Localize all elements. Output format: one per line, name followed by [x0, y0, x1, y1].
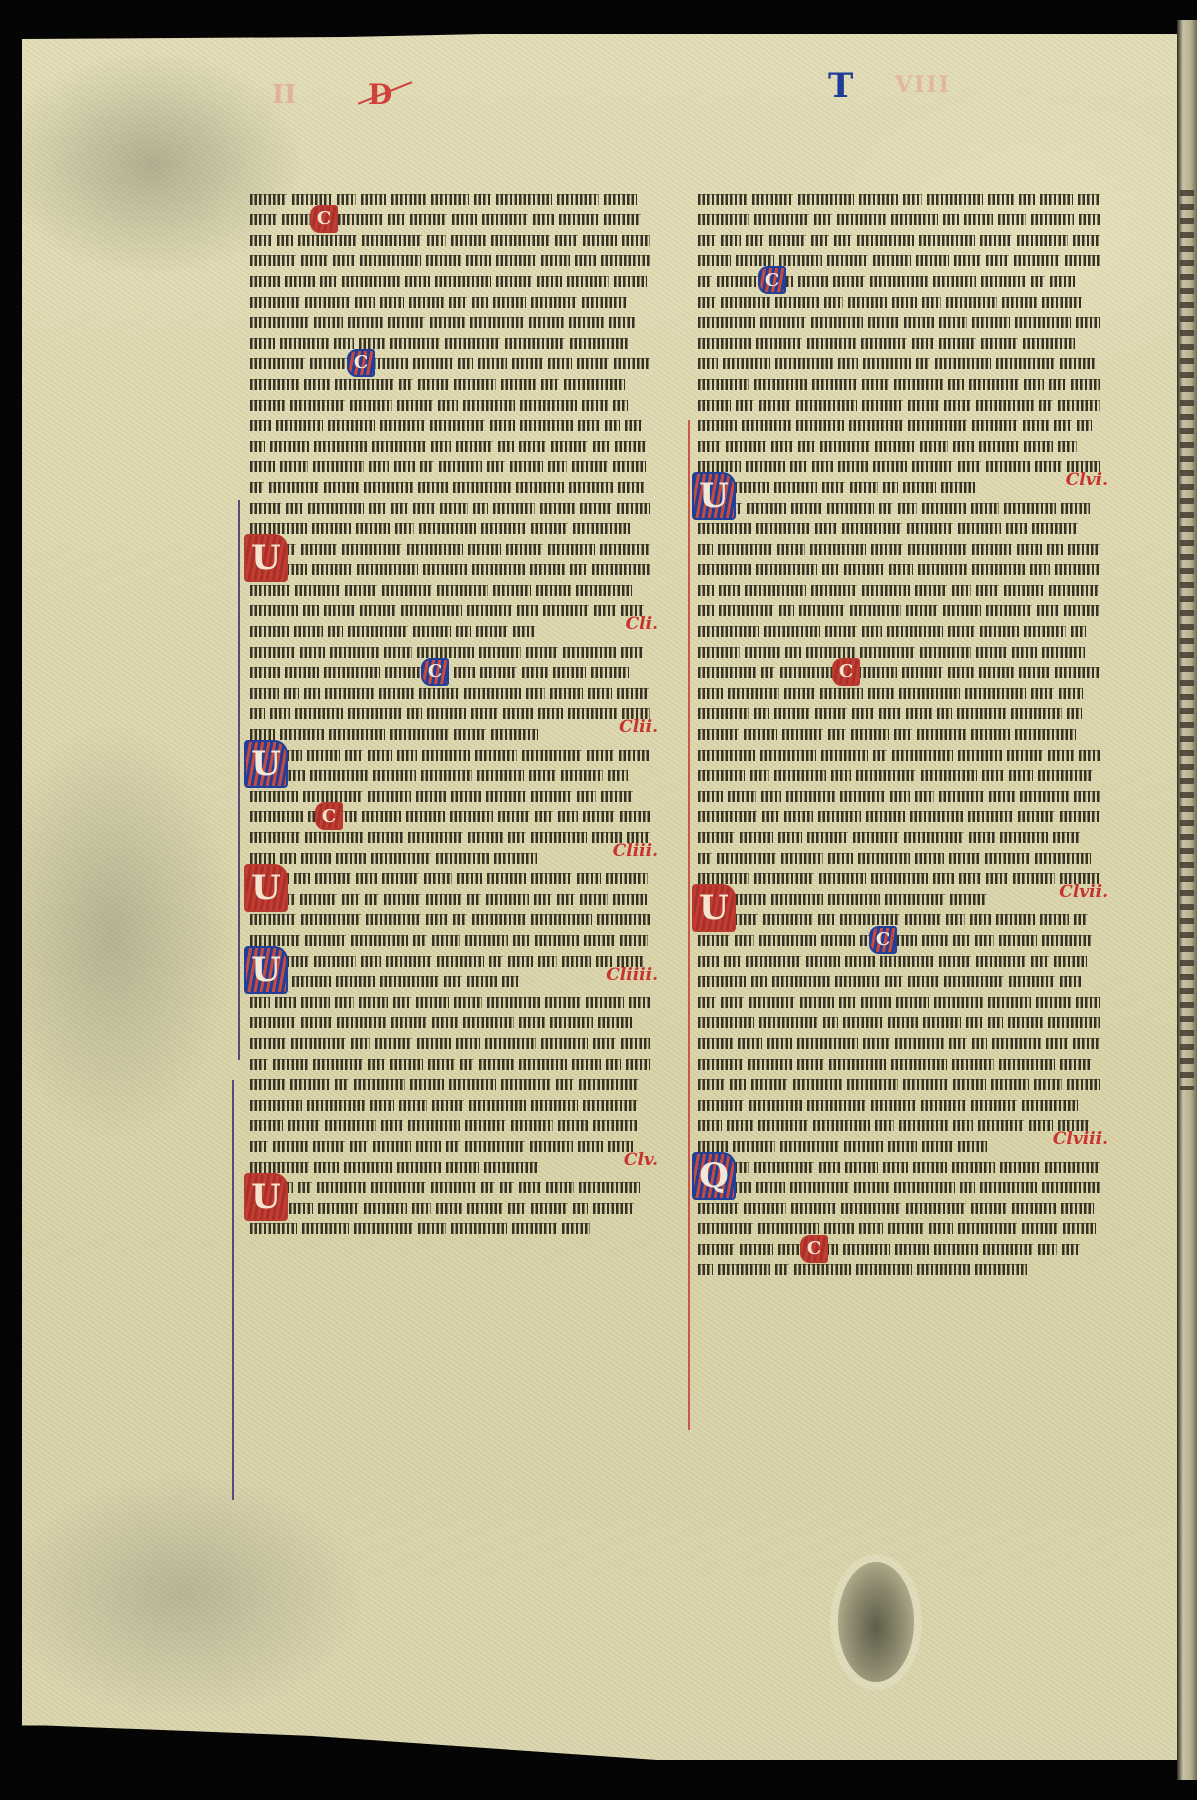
text-line	[250, 948, 650, 969]
script-word	[1071, 379, 1100, 390]
script-word	[815, 523, 837, 534]
script-word	[625, 420, 642, 431]
script-word	[325, 688, 374, 699]
script-word	[531, 1203, 568, 1214]
script-word	[774, 708, 810, 719]
script-word	[629, 997, 650, 1008]
script-word	[437, 956, 484, 967]
script-word	[860, 647, 915, 658]
script-word	[526, 688, 545, 699]
script-word	[1079, 214, 1100, 225]
script-word	[305, 297, 350, 308]
script-word	[328, 626, 343, 637]
script-word	[368, 791, 411, 802]
script-word	[344, 1162, 392, 1173]
script-word	[979, 667, 1014, 678]
script-word	[413, 358, 453, 369]
script-word	[300, 894, 337, 905]
script-word	[958, 750, 1002, 761]
text-line	[698, 804, 1100, 825]
text-line	[250, 516, 650, 537]
script-word	[301, 544, 337, 555]
script-word	[491, 235, 550, 246]
script-word	[780, 1141, 839, 1152]
script-word	[735, 935, 754, 946]
script-word	[345, 585, 377, 596]
script-word	[888, 1141, 917, 1152]
script-word	[920, 647, 971, 658]
script-word	[301, 255, 328, 266]
script-word	[250, 194, 287, 205]
script-word	[1046, 1038, 1068, 1049]
script-word	[972, 420, 1018, 431]
script-word	[494, 853, 537, 864]
script-word	[270, 708, 290, 719]
script-word	[807, 832, 848, 843]
script-word	[748, 1059, 792, 1070]
script-word	[550, 688, 583, 699]
script-word	[250, 626, 289, 637]
script-word	[250, 523, 307, 534]
script-word	[779, 255, 822, 266]
script-word	[948, 667, 974, 678]
marginal-flourish-left	[238, 500, 250, 1060]
script-word	[1076, 317, 1100, 328]
script-word	[833, 276, 865, 287]
script-word	[1067, 1079, 1100, 1090]
script-word	[960, 1182, 975, 1193]
script-word	[453, 914, 467, 925]
script-word	[728, 791, 756, 802]
script-word	[384, 894, 421, 905]
decorated-initial: C	[758, 266, 786, 294]
script-word	[250, 379, 299, 390]
script-word	[407, 708, 422, 719]
script-word	[422, 750, 470, 761]
script-word	[949, 1038, 967, 1049]
script-word	[863, 358, 911, 369]
script-word	[486, 791, 526, 802]
script-word	[369, 461, 389, 472]
script-word	[868, 317, 899, 328]
text-line	[698, 763, 1100, 784]
script-word	[798, 276, 828, 287]
script-word	[273, 1059, 308, 1070]
script-word	[559, 214, 599, 225]
script-word	[892, 297, 917, 308]
script-word	[318, 1203, 359, 1214]
script-word	[986, 255, 1009, 266]
script-word	[1015, 317, 1071, 328]
script-word	[391, 1017, 427, 1028]
script-word	[454, 997, 482, 1008]
script-word	[698, 420, 737, 431]
script-word	[619, 750, 649, 761]
script-word	[541, 1038, 588, 1049]
script-word	[531, 297, 577, 308]
text-line	[698, 207, 1100, 228]
script-word	[423, 564, 467, 575]
script-word	[790, 461, 807, 472]
script-word	[390, 338, 440, 349]
script-word	[534, 894, 552, 905]
script-word	[420, 461, 434, 472]
script-word	[976, 647, 1007, 658]
script-word	[1022, 1223, 1058, 1234]
script-word	[471, 708, 498, 719]
script-word	[491, 729, 538, 740]
script-word	[698, 647, 740, 658]
script-word	[859, 194, 898, 205]
script-word	[577, 358, 609, 369]
script-word	[840, 914, 900, 925]
script-word	[458, 358, 473, 369]
script-word	[568, 708, 617, 719]
script-word	[465, 1120, 506, 1131]
script-word	[1078, 194, 1100, 205]
text-line	[250, 742, 650, 763]
script-word	[905, 914, 941, 925]
script-word	[418, 379, 449, 390]
script-word	[866, 811, 905, 822]
script-word	[498, 441, 514, 452]
script-word	[391, 194, 426, 205]
script-word	[807, 338, 856, 349]
script-word	[577, 791, 596, 802]
script-word	[385, 667, 426, 678]
script-word	[250, 791, 298, 802]
text-line	[698, 845, 1100, 866]
running-head-blue: T	[828, 66, 853, 106]
script-word	[798, 194, 854, 205]
script-word	[793, 1079, 842, 1090]
script-word	[829, 1059, 886, 1070]
script-word	[501, 379, 536, 390]
script-word	[822, 564, 839, 575]
script-word	[289, 1203, 313, 1214]
script-word	[409, 297, 444, 308]
script-word	[733, 1141, 775, 1152]
script-word	[975, 1264, 1027, 1275]
script-word	[538, 956, 557, 967]
script-word	[530, 1141, 573, 1152]
script-word	[883, 1162, 908, 1173]
script-word	[939, 791, 984, 802]
script-word	[305, 935, 346, 946]
script-word	[1068, 544, 1100, 555]
text-line: Clv.	[250, 1154, 650, 1175]
script-word	[335, 997, 354, 1008]
script-word	[1018, 811, 1055, 822]
script-word	[290, 400, 345, 411]
script-word	[453, 482, 511, 493]
script-word	[1042, 1182, 1100, 1193]
script-word	[744, 729, 777, 740]
script-word	[250, 647, 295, 658]
script-word	[572, 461, 608, 472]
script-word	[312, 564, 352, 575]
text-line	[250, 413, 650, 434]
script-word	[952, 1059, 994, 1070]
script-word	[1011, 708, 1062, 719]
script-word	[887, 626, 943, 637]
script-word	[891, 214, 938, 225]
script-word	[972, 317, 1010, 328]
script-word	[614, 276, 647, 287]
script-word	[508, 1203, 526, 1214]
script-word	[250, 1038, 286, 1049]
script-word	[557, 194, 599, 205]
script-word	[390, 729, 449, 740]
script-word	[856, 770, 916, 781]
text-line	[698, 227, 1100, 248]
script-word	[496, 276, 532, 287]
text-line	[250, 660, 650, 681]
decorated-initial: U	[244, 946, 288, 994]
script-word	[397, 400, 433, 411]
decorated-initial: C	[421, 658, 449, 686]
script-word	[976, 956, 1026, 967]
script-word	[298, 235, 357, 246]
script-word	[798, 441, 815, 452]
script-word	[772, 976, 830, 987]
script-word	[740, 1244, 773, 1255]
script-word	[1004, 503, 1056, 514]
script-word	[250, 935, 300, 946]
script-word	[510, 461, 543, 472]
text-line	[250, 598, 650, 619]
script-word	[315, 873, 351, 884]
script-word	[821, 750, 868, 761]
script-word	[530, 564, 565, 575]
text-line: Cliii.	[250, 845, 650, 866]
script-word	[719, 585, 740, 596]
script-word	[292, 194, 332, 205]
script-word	[384, 647, 412, 658]
script-word	[698, 1038, 733, 1049]
script-word	[451, 791, 481, 802]
script-word	[419, 523, 476, 534]
script-word	[790, 1182, 849, 1193]
parchment-hole	[838, 1562, 914, 1682]
script-word	[620, 811, 650, 822]
script-word	[417, 647, 474, 658]
script-word	[286, 503, 303, 514]
script-word	[301, 997, 330, 1008]
script-word	[1049, 379, 1066, 390]
script-word	[980, 626, 1019, 637]
script-word	[250, 420, 271, 431]
script-word	[838, 461, 868, 472]
script-word	[399, 1100, 427, 1111]
script-word	[444, 976, 462, 987]
script-word	[1031, 276, 1045, 287]
script-word	[535, 935, 579, 946]
script-word	[295, 585, 340, 596]
script-word	[301, 1017, 332, 1028]
script-word	[1060, 358, 1095, 369]
script-word	[822, 482, 845, 493]
script-word	[916, 255, 949, 266]
script-word	[399, 379, 413, 390]
script-word	[745, 647, 780, 658]
script-word	[513, 935, 530, 946]
text-line	[698, 742, 1100, 763]
script-word	[759, 935, 816, 946]
script-word	[487, 873, 526, 884]
script-word	[785, 647, 801, 658]
script-word	[898, 503, 917, 514]
script-word	[350, 1141, 368, 1152]
script-word	[971, 1203, 1007, 1214]
script-word	[250, 276, 280, 287]
script-word	[1034, 1079, 1062, 1090]
script-word	[432, 1100, 464, 1111]
script-word	[250, 461, 275, 472]
script-word	[1073, 235, 1100, 246]
script-word	[608, 770, 628, 781]
script-word	[698, 358, 718, 369]
script-word	[889, 564, 913, 575]
text-line	[698, 1051, 1100, 1072]
script-word	[1060, 811, 1100, 822]
text-line	[250, 330, 650, 351]
script-word	[413, 626, 451, 637]
script-word	[979, 441, 1019, 452]
script-word	[250, 338, 275, 349]
text-line	[698, 969, 1100, 990]
script-word	[371, 1182, 426, 1193]
text-line	[698, 721, 1100, 742]
script-word	[472, 914, 526, 925]
script-word	[721, 235, 741, 246]
script-word	[906, 708, 932, 719]
script-word	[840, 791, 885, 802]
script-word	[543, 605, 589, 616]
text-line	[250, 371, 650, 392]
script-word	[531, 791, 572, 802]
script-word	[300, 647, 325, 658]
script-word	[698, 276, 712, 287]
script-word	[988, 194, 1014, 205]
script-word	[899, 688, 960, 699]
script-word	[929, 1223, 953, 1234]
text-line	[698, 598, 1100, 619]
script-word	[812, 461, 833, 472]
script-word	[410, 214, 447, 225]
script-word	[250, 503, 281, 514]
script-word	[908, 400, 939, 411]
script-word	[1058, 441, 1077, 452]
script-word	[313, 1141, 345, 1152]
script-word	[474, 194, 491, 205]
text-line	[698, 577, 1100, 598]
script-word	[1035, 853, 1091, 864]
script-word	[512, 1223, 557, 1234]
script-word	[324, 482, 359, 493]
script-word	[1062, 1244, 1080, 1255]
script-word	[354, 1079, 405, 1090]
text-line	[250, 639, 650, 660]
chapter-rubric: Clii.	[619, 717, 658, 737]
script-word	[814, 214, 832, 225]
script-word	[850, 605, 901, 616]
script-word	[745, 585, 806, 596]
script-word	[621, 1038, 650, 1049]
script-word	[917, 729, 966, 740]
script-word	[498, 811, 530, 822]
script-word	[917, 1264, 970, 1275]
script-word	[827, 255, 868, 266]
script-word	[907, 523, 953, 534]
script-word	[250, 832, 300, 843]
script-word	[1008, 1017, 1043, 1028]
script-word	[467, 1203, 503, 1214]
script-word	[810, 544, 866, 555]
script-word	[853, 832, 899, 843]
script-word	[875, 1120, 894, 1131]
script-word	[819, 873, 866, 884]
script-word	[868, 688, 894, 699]
script-word	[1020, 791, 1069, 802]
script-word	[941, 482, 975, 493]
script-word	[426, 894, 462, 905]
script-word	[756, 523, 810, 534]
script-word	[529, 317, 564, 328]
script-word	[614, 358, 650, 369]
script-word	[912, 338, 934, 349]
script-word	[749, 1100, 802, 1111]
script-word	[763, 914, 813, 925]
script-word	[759, 1017, 818, 1028]
script-word	[546, 1182, 574, 1193]
script-word	[948, 626, 975, 637]
script-word	[1000, 1162, 1040, 1173]
script-word	[698, 255, 731, 266]
script-word	[439, 461, 482, 472]
script-word	[558, 1120, 588, 1131]
script-word	[953, 935, 970, 946]
script-word	[934, 1244, 978, 1255]
text-line	[698, 310, 1100, 331]
script-word	[1077, 420, 1092, 431]
script-word	[756, 338, 802, 349]
script-word	[758, 1223, 819, 1234]
script-word	[698, 997, 716, 1008]
script-word	[368, 1059, 385, 1070]
script-word	[320, 276, 337, 287]
script-word	[324, 605, 355, 616]
script-word	[948, 379, 964, 390]
script-word	[604, 194, 637, 205]
script-word	[718, 1264, 770, 1275]
script-word	[334, 338, 354, 349]
script-word	[305, 832, 363, 843]
script-word	[996, 914, 1035, 925]
text-line	[250, 1133, 650, 1154]
script-word	[698, 235, 716, 246]
script-word	[943, 605, 981, 616]
script-word	[372, 441, 426, 452]
script-word	[752, 194, 793, 205]
script-word	[468, 544, 501, 555]
script-word	[1014, 255, 1060, 266]
script-word	[397, 750, 417, 761]
text-line	[250, 392, 650, 413]
script-word	[1009, 770, 1033, 781]
script-word	[473, 503, 488, 514]
script-word	[839, 997, 856, 1008]
